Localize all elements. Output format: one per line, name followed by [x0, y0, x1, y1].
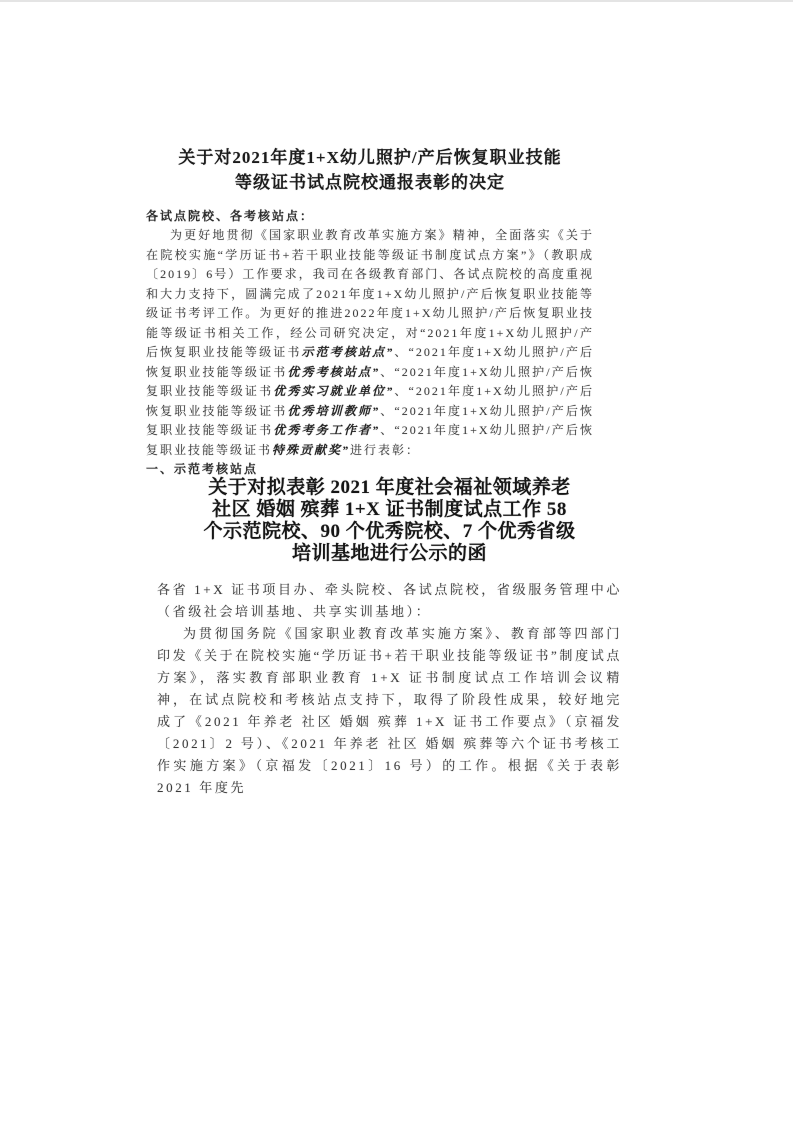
notice-paragraph: 为更好地贯彻《国家职业教育改革实施方案》精神，全面落实《关于在院校实施“学历证书… [146, 226, 594, 460]
letter-doc-publicity: 关于对拟表彰 2021 年度社会福祉领域养老 社区 婚姻 殡葬 1+X 证书制度… [157, 464, 622, 799]
letter-salutation: 各省 1+X 证书项目办、牵头院校、各试点院校，省级服务管理中心（省级社会培训基… [157, 579, 622, 623]
notice-title: 关于对2021年度1+X幼儿照护/产后恢复职业技能 等级证书试点院校通报表彰的决… [146, 145, 594, 195]
letter-body: 各省 1+X 证书项目办、牵头院校、各试点院校，省级服务管理中心（省级社会培训基… [157, 579, 622, 799]
letter-title: 关于对拟表彰 2021 年度社会福祉领域养老 社区 婚姻 殡葬 1+X 证书制度… [157, 477, 622, 565]
letter-paragraph: 为贯彻国务院《国家职业教育改革实施方案》、教育部等四部门印发《关于在院校实施“学… [157, 623, 622, 799]
notice-doc-commendation: 关于对2021年度1+X幼儿照护/产后恢复职业技能 等级证书试点院校通报表彰的决… [146, 134, 594, 480]
scanned-document-page: 关于对2021年度1+X幼儿照护/产后恢复职业技能 等级证书试点院校通报表彰的决… [0, 0, 793, 1122]
scan-edge-line [0, 0, 793, 2]
notice-salutation: 各试点院校、各考核站点： [146, 207, 594, 227]
notice-body: 各试点院校、各考核站点： 为更好地贯彻《国家职业教育改革实施方案》精神，全面落实… [146, 207, 594, 480]
